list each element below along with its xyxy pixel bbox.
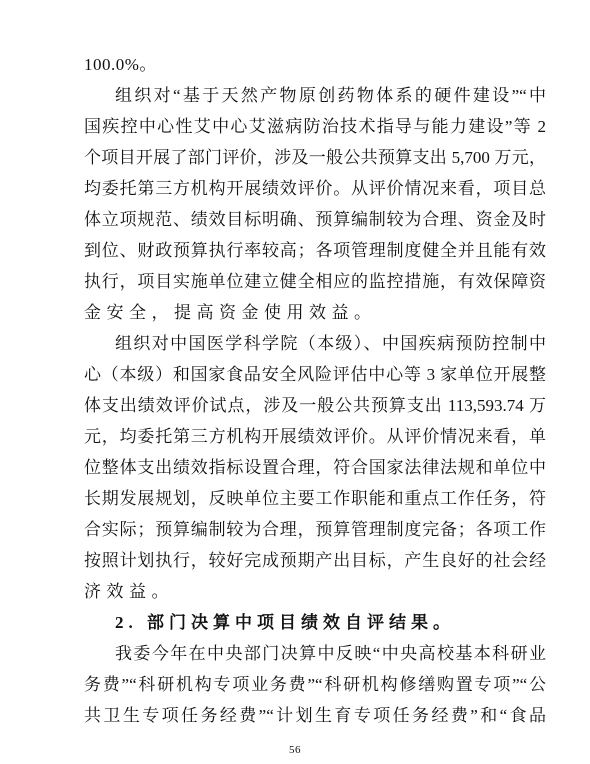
text-line: 济效益。: [84, 576, 546, 607]
text-line: 个项目开展了部门评价，涉及一般公共预算支出 5,700 万元，: [84, 142, 546, 173]
text-line: 长期发展规划，反映单位主要工作职能和重点工作任务，符: [84, 483, 546, 514]
text-line: 金安全，提高资金使用效益。: [84, 297, 546, 328]
text-line: 共卫生专项任务经费”“计划生育专项任务经费”和“食品: [84, 700, 546, 731]
text-line: 均委托第三方机构开展绩效评价。从评价情况来看，项目总: [84, 173, 546, 204]
text-line: 组织对“基于天然产物原创药物体系的硬件建设”“中: [84, 80, 546, 111]
text-line: 体立项规范、绩效目标明确、预算编制较为合理、资金及时: [84, 204, 546, 235]
document-page: 100.0%。 组织对“基于天然产物原创药物体系的硬件建设”“中 国疾控中心性艾…: [0, 0, 590, 764]
text-line: 组织对中国医学科学院（本级）、中国疾病预防控制中: [84, 328, 546, 359]
text-line: 执行，项目实施单位建立健全相应的监控措施，有效保障资: [84, 266, 546, 297]
section-heading: 2. 部门决算中项目绩效自评结果。: [84, 607, 546, 638]
text-line: 元，均委托第三方机构开展绩效评价。从评价情况来看，单: [84, 421, 546, 452]
document-body: 100.0%。 组织对“基于天然产物原创药物体系的硬件建设”“中 国疾控中心性艾…: [84, 49, 546, 731]
text-line: 体支出绩效评价试点，涉及一般公共预算支出 113,593.74 万: [84, 390, 546, 421]
text-line: 心（本级）和国家食品安全风险评估中心等 3 家单位开展整: [84, 359, 546, 390]
text-line: 我委今年在中央部门决算中反映“中央高校基本科研业: [84, 638, 546, 669]
text-line: 合实际；预算编制较为合理，预算管理制度完备；各项工作: [84, 514, 546, 545]
text-line: 务费”“科研机构专项业务费”“科研机构修缮购置专项”“公: [84, 669, 546, 700]
text-line: 到位、财政预算执行率较高；各项管理制度健全并且能有效: [84, 235, 546, 266]
text-line: 位整体支出绩效指标设置合理，符合国家法律法规和单位中: [84, 452, 546, 483]
page-number: 56: [0, 740, 590, 760]
text-line: 按照计划执行，较好完成预期产出目标，产生良好的社会经: [84, 545, 546, 576]
text-line: 100.0%。: [84, 49, 546, 80]
text-line: 国疾控中心性艾中心艾滋病防治技术指导与能力建设”等 2: [84, 111, 546, 142]
